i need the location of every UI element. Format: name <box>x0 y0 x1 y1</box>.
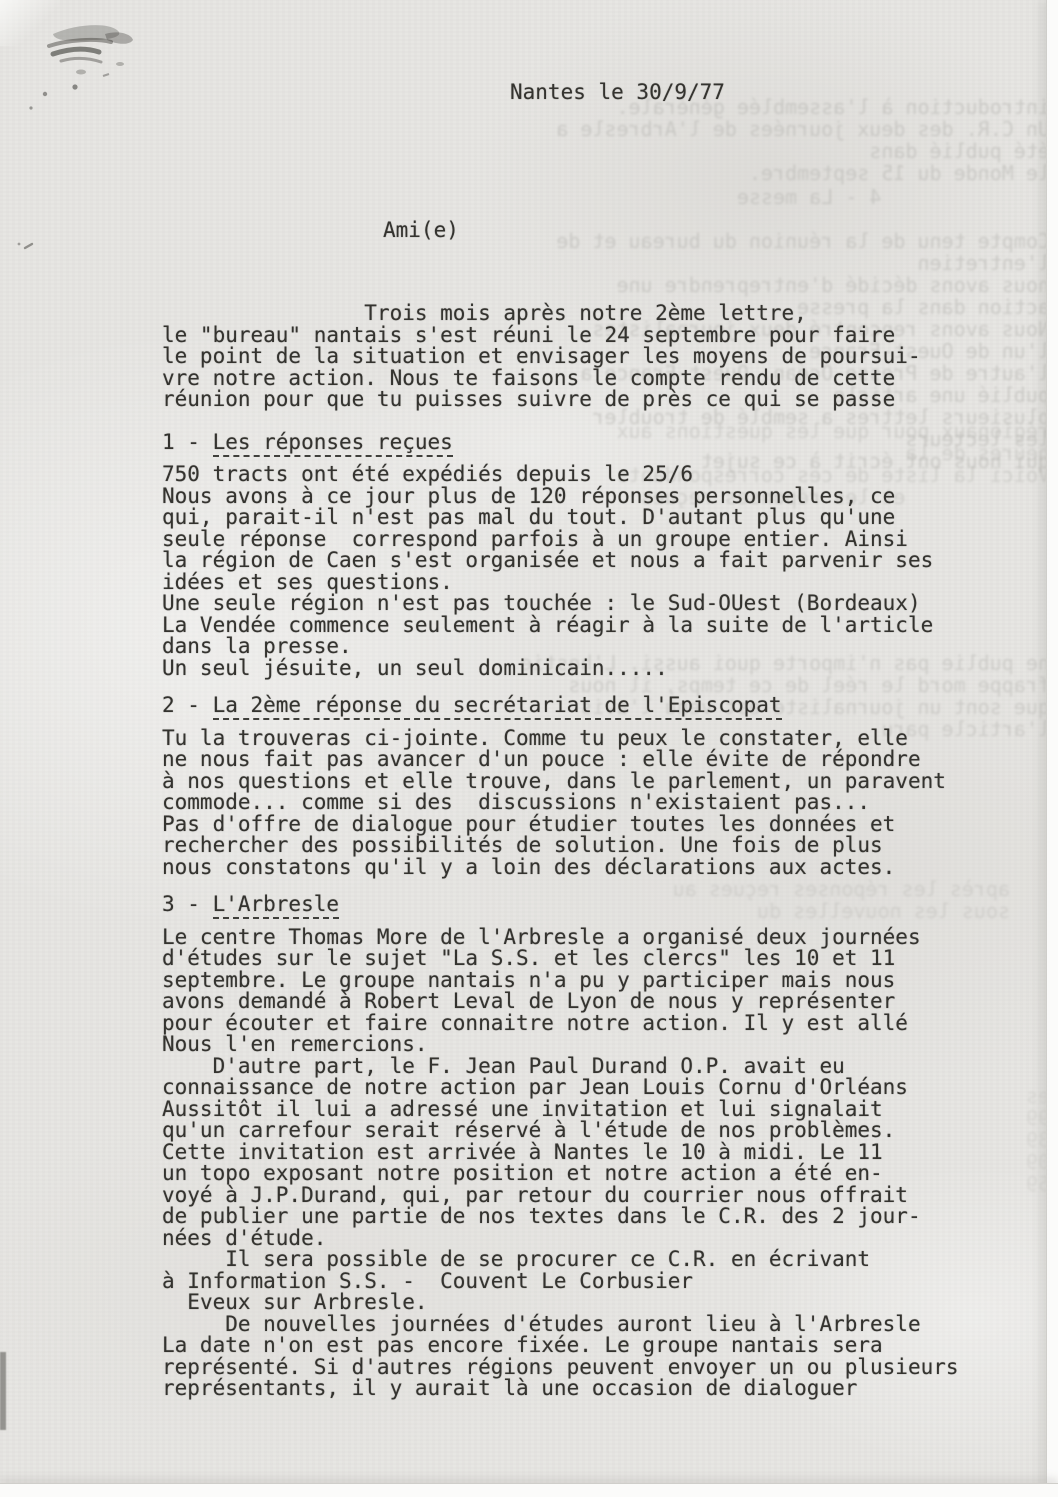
scan-right-edge <box>1047 0 1058 1497</box>
section-2-title: La 2ème réponse du secrétariat de l'Epis… <box>213 693 782 720</box>
section-3-heading: 3 - L'Arbresle <box>162 894 986 916</box>
scan-left-edge-mark <box>0 1352 6 1430</box>
letter-date: Nantes le 30/9/77 <box>510 82 725 104</box>
scan-corner-highlight <box>0 0 60 46</box>
section-2-number: 2 - <box>162 693 213 717</box>
section-3-text: Le centre Thomas More de l'Arbresle a or… <box>162 927 986 1400</box>
section-3-number: 3 - <box>162 892 213 916</box>
section-1-title: Les réponses reçues <box>213 430 453 457</box>
section-2-heading: 2 - La 2ème réponse du secrétariat de l'… <box>162 695 986 717</box>
section-1-heading: 1 - Les réponses reçues <box>162 432 986 454</box>
section-1-number: 1 - <box>162 430 213 454</box>
letter-salutation: Ami(e) <box>383 220 459 242</box>
scan-bottom-edge <box>0 1484 1058 1497</box>
intro-paragraph: Trois mois après notre 2ème lettre, le "… <box>162 303 986 411</box>
section-1-text: 750 tracts ont été expédiés depuis le 25… <box>162 464 986 679</box>
letter-body: Trois mois après notre 2ème lettre, le "… <box>162 303 986 1416</box>
section-3-title: L'Arbresle <box>213 892 339 919</box>
section-2-text: Tu la trouveras ci-jointe. Comme tu peux… <box>162 728 986 879</box>
